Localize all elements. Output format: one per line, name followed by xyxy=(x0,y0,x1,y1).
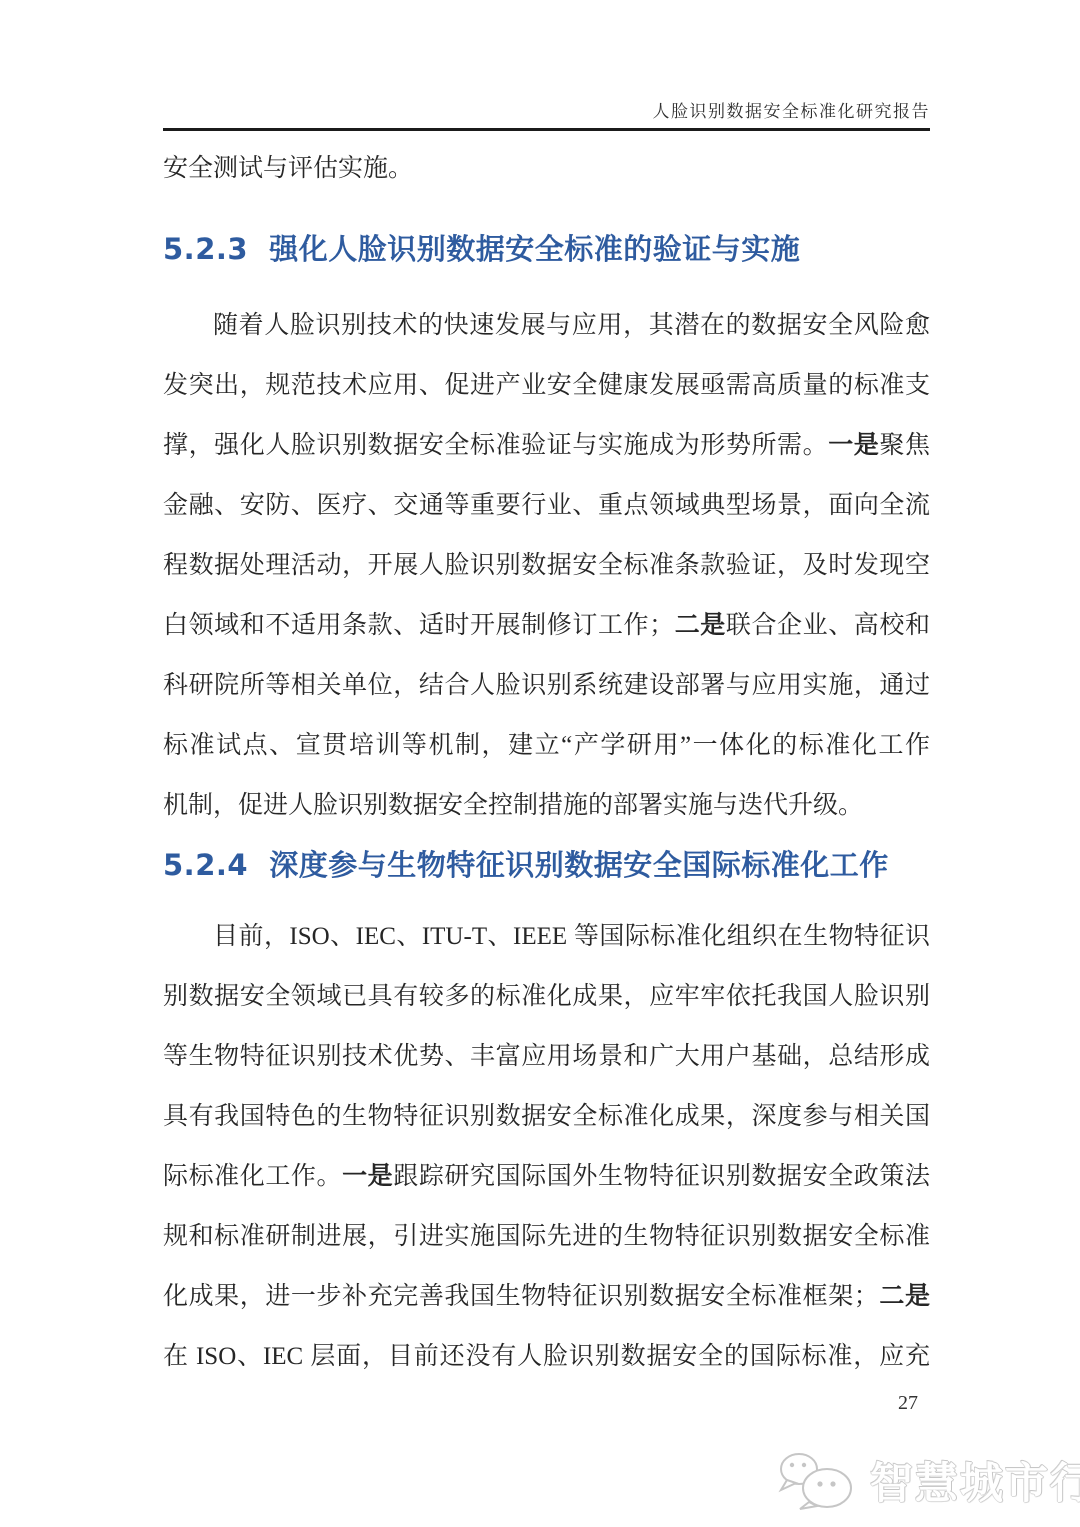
header-divider xyxy=(163,128,930,131)
section-title: 强化人脸识别数据安全标准的验证与实施 xyxy=(269,232,800,266)
section-number: 5.2.4 xyxy=(163,848,248,882)
text-line: 化成果，进一步补充完善我国生物特征识别数据安全标准框架；二是 xyxy=(163,1267,930,1327)
text-run: 等生物特征识别技术优势、丰富应用场景和广大用户基础，总结形成 xyxy=(163,1043,930,1070)
text-line: 具有我国特色的生物特征识别数据安全标准化成果，深度参与相关国 xyxy=(163,1087,930,1147)
section-heading-523: 5.2.3 强化人脸识别数据安全标准的验证与实施 xyxy=(163,229,930,269)
text-line: 科研院所等相关单位，结合人脸识别系统建设部署与应用实施，通过 xyxy=(163,656,930,716)
text-run: 在 ISO、IEC 层面，目前还没有人脸识别数据安全的国际标准，应充 xyxy=(163,1343,930,1370)
watermark: 智慧城市行业动态 xyxy=(772,1448,1080,1512)
text-run: 际标准化工作。 xyxy=(163,1163,342,1190)
text-line: 规和标准研制进展，引进实施国际先进的生物特征识别数据安全标准 xyxy=(163,1207,930,1267)
page-header-title: 人脸识别数据安全标准化研究报告 xyxy=(163,100,930,124)
text-run: 机制，促进人脸识别数据安全控制措施的部署实施与迭代升级。 xyxy=(163,792,863,819)
text-line: 标准试点、宣贯培训等机制，建立“产学研用”一体化的标准化工作 xyxy=(163,716,930,776)
section-524-paragraph: 目前，ISO、IEC、ITU-T、IEEE 等国际标准化组织在生物特征识别数据安… xyxy=(163,907,930,1387)
section-523-paragraph: 随着人脸识别技术的快速发展与应用，其潜在的数据安全风险愈发突出，规范技术应用、促… xyxy=(163,296,930,836)
text-run: 别数据安全领域已具有较多的标准化成果，应牢牢依托我国人脸识别 xyxy=(163,983,930,1010)
page-number: 27 xyxy=(163,1389,930,1417)
text-run: 目前，ISO、IEC、ITU-T、IEEE 等国际标准化组织在生物特征识 xyxy=(213,923,930,950)
text-line: 别数据安全领域已具有较多的标准化成果，应牢牢依托我国人脸识别 xyxy=(163,967,930,1027)
section-title: 深度参与生物特征识别数据安全国际标准化工作 xyxy=(269,848,889,882)
text-run: 白领域和不适用条款、适时开展制修订工作； xyxy=(163,612,674,639)
bold-text-run: 二是 xyxy=(879,1283,930,1310)
text-run: 金融、安防、医疗、交通等重要行业、重点领域典型场景，面向全流 xyxy=(163,492,930,519)
continuation-paragraph-line: 安全测试与评估实施。 xyxy=(163,139,930,199)
text-run: 规和标准研制进展，引进实施国际先进的生物特征识别数据安全标准 xyxy=(163,1223,930,1250)
text-line: 随着人脸识别技术的快速发展与应用，其潜在的数据安全风险愈 xyxy=(163,296,930,356)
text-run: 联合企业、高校和 xyxy=(726,612,930,639)
text-line: 白领域和不适用条款、适时开展制修订工作；二是联合企业、高校和 xyxy=(163,596,930,656)
text-run: 化成果，进一步补充完善我国生物特征识别数据安全标准框架； xyxy=(163,1283,879,1310)
section-heading-524: 5.2.4 深度参与生物特征识别数据安全国际标准化工作 xyxy=(163,845,930,885)
text-line: 机制，促进人脸识别数据安全控制措施的部署实施与迭代升级。 xyxy=(163,776,930,836)
bold-text-run: 二是 xyxy=(674,612,726,639)
wechat-logo-icon xyxy=(772,1448,864,1512)
text-line: 撑，强化人脸识别数据安全标准验证与实施成为形势所需。一是聚焦 xyxy=(163,416,930,476)
text-line: 等生物特征识别技术优势、丰富应用场景和广大用户基础，总结形成 xyxy=(163,1027,930,1087)
bold-text-run: 一是 xyxy=(342,1163,393,1190)
section-number: 5.2.3 xyxy=(163,232,248,266)
text-line: 金融、安防、医疗、交通等重要行业、重点领域典型场景，面向全流 xyxy=(163,476,930,536)
text-run: 聚焦 xyxy=(879,432,930,459)
text-run: 发突出，规范技术应用、促进产业安全健康发展亟需高质量的标准支 xyxy=(163,372,930,399)
bold-text-run: 一是 xyxy=(828,432,879,459)
text-run: 标准试点、宣贯培训等机制，建立“产学研用”一体化的标准化工作 xyxy=(163,732,930,759)
page-content: 人脸识别数据安全标准化研究报告 安全测试与评估实施。 5.2.3 强化人脸识别数… xyxy=(163,0,930,1417)
text-run: 撑，强化人脸识别数据安全标准验证与实施成为形势所需。 xyxy=(163,432,828,459)
text-line: 发突出，规范技术应用、促进产业安全健康发展亟需高质量的标准支 xyxy=(163,356,930,416)
watermark-label: 智慧城市行业动态 xyxy=(870,1450,1080,1511)
text-line: 际标准化工作。一是跟踪研究国际国外生物特征识别数据安全政策法 xyxy=(163,1147,930,1207)
text-run: 跟踪研究国际国外生物特征识别数据安全政策法 xyxy=(393,1163,930,1190)
text-run: 具有我国特色的生物特征识别数据安全标准化成果，深度参与相关国 xyxy=(163,1103,930,1130)
text-run: 科研院所等相关单位，结合人脸识别系统建设部署与应用实施，通过 xyxy=(163,672,930,699)
text-line: 程数据处理活动，开展人脸识别数据安全标准条款验证，及时发现空 xyxy=(163,536,930,596)
document-page: 人脸识别数据安全标准化研究报告 安全测试与评估实施。 5.2.3 强化人脸识别数… xyxy=(0,0,1080,1527)
text-run: 随着人脸识别技术的快速发展与应用，其潜在的数据安全风险愈 xyxy=(213,312,930,339)
text-line: 目前，ISO、IEC、ITU-T、IEEE 等国际标准化组织在生物特征识 xyxy=(163,907,930,967)
text-run: 程数据处理活动，开展人脸识别数据安全标准条款验证，及时发现空 xyxy=(163,552,930,579)
text-line: 在 ISO、IEC 层面，目前还没有人脸识别数据安全的国际标准，应充 xyxy=(163,1327,930,1387)
